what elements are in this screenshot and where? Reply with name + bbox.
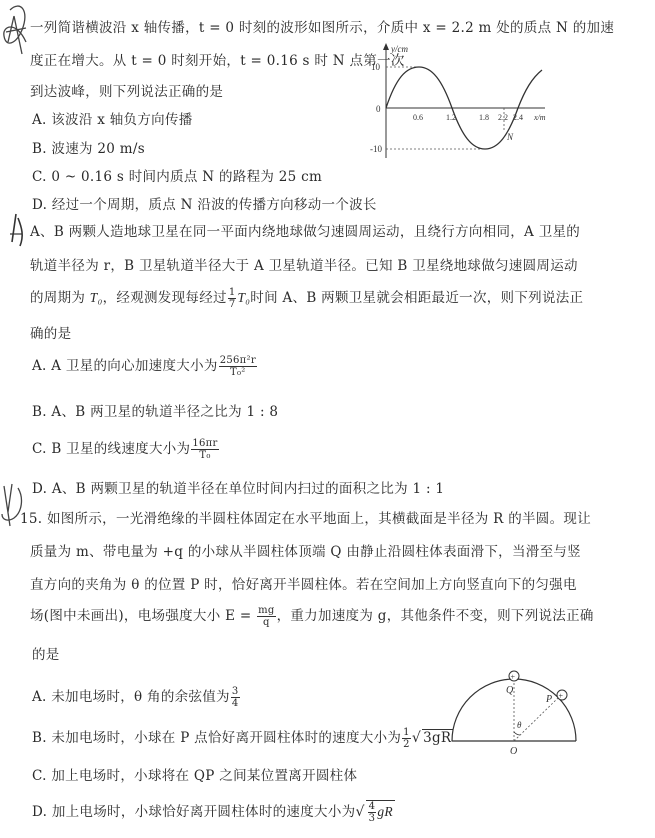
q4-stem-line-3: 到达波峰，则下列说法正确的是 xyxy=(30,80,223,100)
svg-text:1.8: 1.8 xyxy=(479,113,489,122)
q15-option-b: B. 未加电场时，小球在 P 点恰好离开圆柱体时的速度大小为12√3gR xyxy=(32,726,453,750)
option-text: 经过一个周期，质点 N 沿波的传播方向移动一个波长 xyxy=(52,197,377,213)
svg-text:1.2: 1.2 xyxy=(446,113,456,122)
svg-text:P: P xyxy=(545,694,552,705)
q14-option-c: C. B 卫星的线速度大小为16πrT₀ xyxy=(32,437,220,461)
q15-stem-line-5: 的是 xyxy=(32,643,60,663)
wave-graph-figure: y/cm 10 0 -10 0.6 1.2 1.8 2.2 2.4 x/m N xyxy=(370,40,550,170)
svg-text:0.6: 0.6 xyxy=(413,113,423,122)
svg-text:N: N xyxy=(506,132,514,142)
sqrt-icon: √ xyxy=(412,730,421,746)
svg-text:10: 10 xyxy=(371,62,381,72)
sqrt-icon: √ xyxy=(355,804,364,820)
q14-option-d: D. A、B 两颗卫星的轨道半径在单位时间内扫过的面积之比为 1 : 1 xyxy=(32,477,444,497)
q14-stem-line-1: A、B 两颗人造地球卫星在同一平面内绕地球做匀速圆周运动，且绕行方向相同，A 卫… xyxy=(30,220,580,240)
svg-text:x/m: x/m xyxy=(533,113,546,122)
option-label: B. xyxy=(32,141,47,157)
q4-stem-line-1: 一列简谐横波沿 x 轴传播，t = 0 时刻的波形如图所示，介质中 x = 2.… xyxy=(30,16,614,36)
option-text: 0 ~ 0.16 s 时间内质点 N 的路程为 25 cm xyxy=(51,169,322,185)
fraction: 16πrT₀ xyxy=(191,438,218,461)
fraction: 34 xyxy=(231,686,240,709)
fraction: 256π²rT₀² xyxy=(219,355,257,378)
q14-option-a: A. A 卫星的向心加速度大小为256π²rT₀² xyxy=(32,354,258,378)
q14-stem-line-4: 确的是 xyxy=(30,322,71,342)
q14-option-b: B. A、B 两卫星的轨道半径之比为 1 : 8 xyxy=(32,400,278,420)
option-label: C. xyxy=(32,169,47,185)
option-text: 该波沿 x 轴负方向传播 xyxy=(51,112,192,128)
q15-stem-line-1: 15. 如图所示，一光滑绝缘的半圆柱体固定在水平地面上，其横截面是半径为 R 的… xyxy=(20,507,591,527)
q15-stem-line-2: 质量为 m、带电量为 +q 的小球从半圆柱体顶端 Q 由静止沿圆柱体表面滑下，当… xyxy=(30,540,581,560)
svg-text:+: + xyxy=(559,692,564,701)
svg-text:2.2: 2.2 xyxy=(498,113,508,122)
q4-option-d: D. 经过一个周期，质点 N 沿波的传播方向移动一个波长 xyxy=(32,193,377,213)
option-label: A. xyxy=(32,112,47,128)
svg-text:Q: Q xyxy=(506,685,514,696)
semicircle-figure: + + Q P θ O xyxy=(440,660,640,770)
fraction: 12 xyxy=(402,727,411,750)
option-label: D. xyxy=(32,197,47,213)
fraction: 17 xyxy=(228,287,237,310)
fraction: mgq xyxy=(257,605,275,628)
option-text: 波速为 20 m/s xyxy=(51,141,145,157)
q14-stem-line-2: 轨道半径为 r，B 卫星轨道半径大于 A 卫星轨道半径。已知 B 卫星绕地球做匀… xyxy=(30,254,578,274)
svg-text:θ: θ xyxy=(517,720,522,730)
svg-text:2.4: 2.4 xyxy=(513,113,523,122)
q15-option-c: C. 加上电场时，小球将在 QP 之间某位置离开圆柱体 xyxy=(32,764,357,784)
q4-option-c: C. 0 ~ 0.16 s 时间内质点 N 的路程为 25 cm xyxy=(32,165,322,185)
svg-text:O: O xyxy=(510,746,517,757)
q15-option-a: A. 未加电场时，θ 角的余弦值为34 xyxy=(32,685,241,709)
svg-text:0: 0 xyxy=(376,104,381,114)
q14-stem-line-3: 的周期为 T₀，经观测发现每经过17T₀时间 A、B 两颗卫星就会相距最近一次，… xyxy=(30,286,583,310)
svg-text:y/cm: y/cm xyxy=(390,44,408,54)
q15-stem-line-4: 场(图中未画出)，电场强度大小 E = mgq，重力加速度为 g，其他条件不变，… xyxy=(30,604,594,628)
q4-option-b: B. 波速为 20 m/s xyxy=(32,137,145,157)
q15-stem-line-3: 直方向的夹角为 θ 的位置 P 时，恰好离开半圆柱体。若在空间加上方向竖直向下的… xyxy=(30,573,577,593)
q4-option-a: A. 该波沿 x 轴负方向传播 xyxy=(32,108,193,128)
svg-text:+: + xyxy=(511,673,516,682)
q15-option-d: D. 加上电场时，小球恰好离开圆柱体时的速度大小为√43gR xyxy=(32,800,395,824)
svg-text:-10: -10 xyxy=(370,144,382,154)
sqrt-content: 43gR xyxy=(366,800,395,824)
q4-stem-line-2: 度正在增大。从 t = 0 时刻开始，t = 0.16 s 时 N 点第一次 xyxy=(30,49,405,69)
